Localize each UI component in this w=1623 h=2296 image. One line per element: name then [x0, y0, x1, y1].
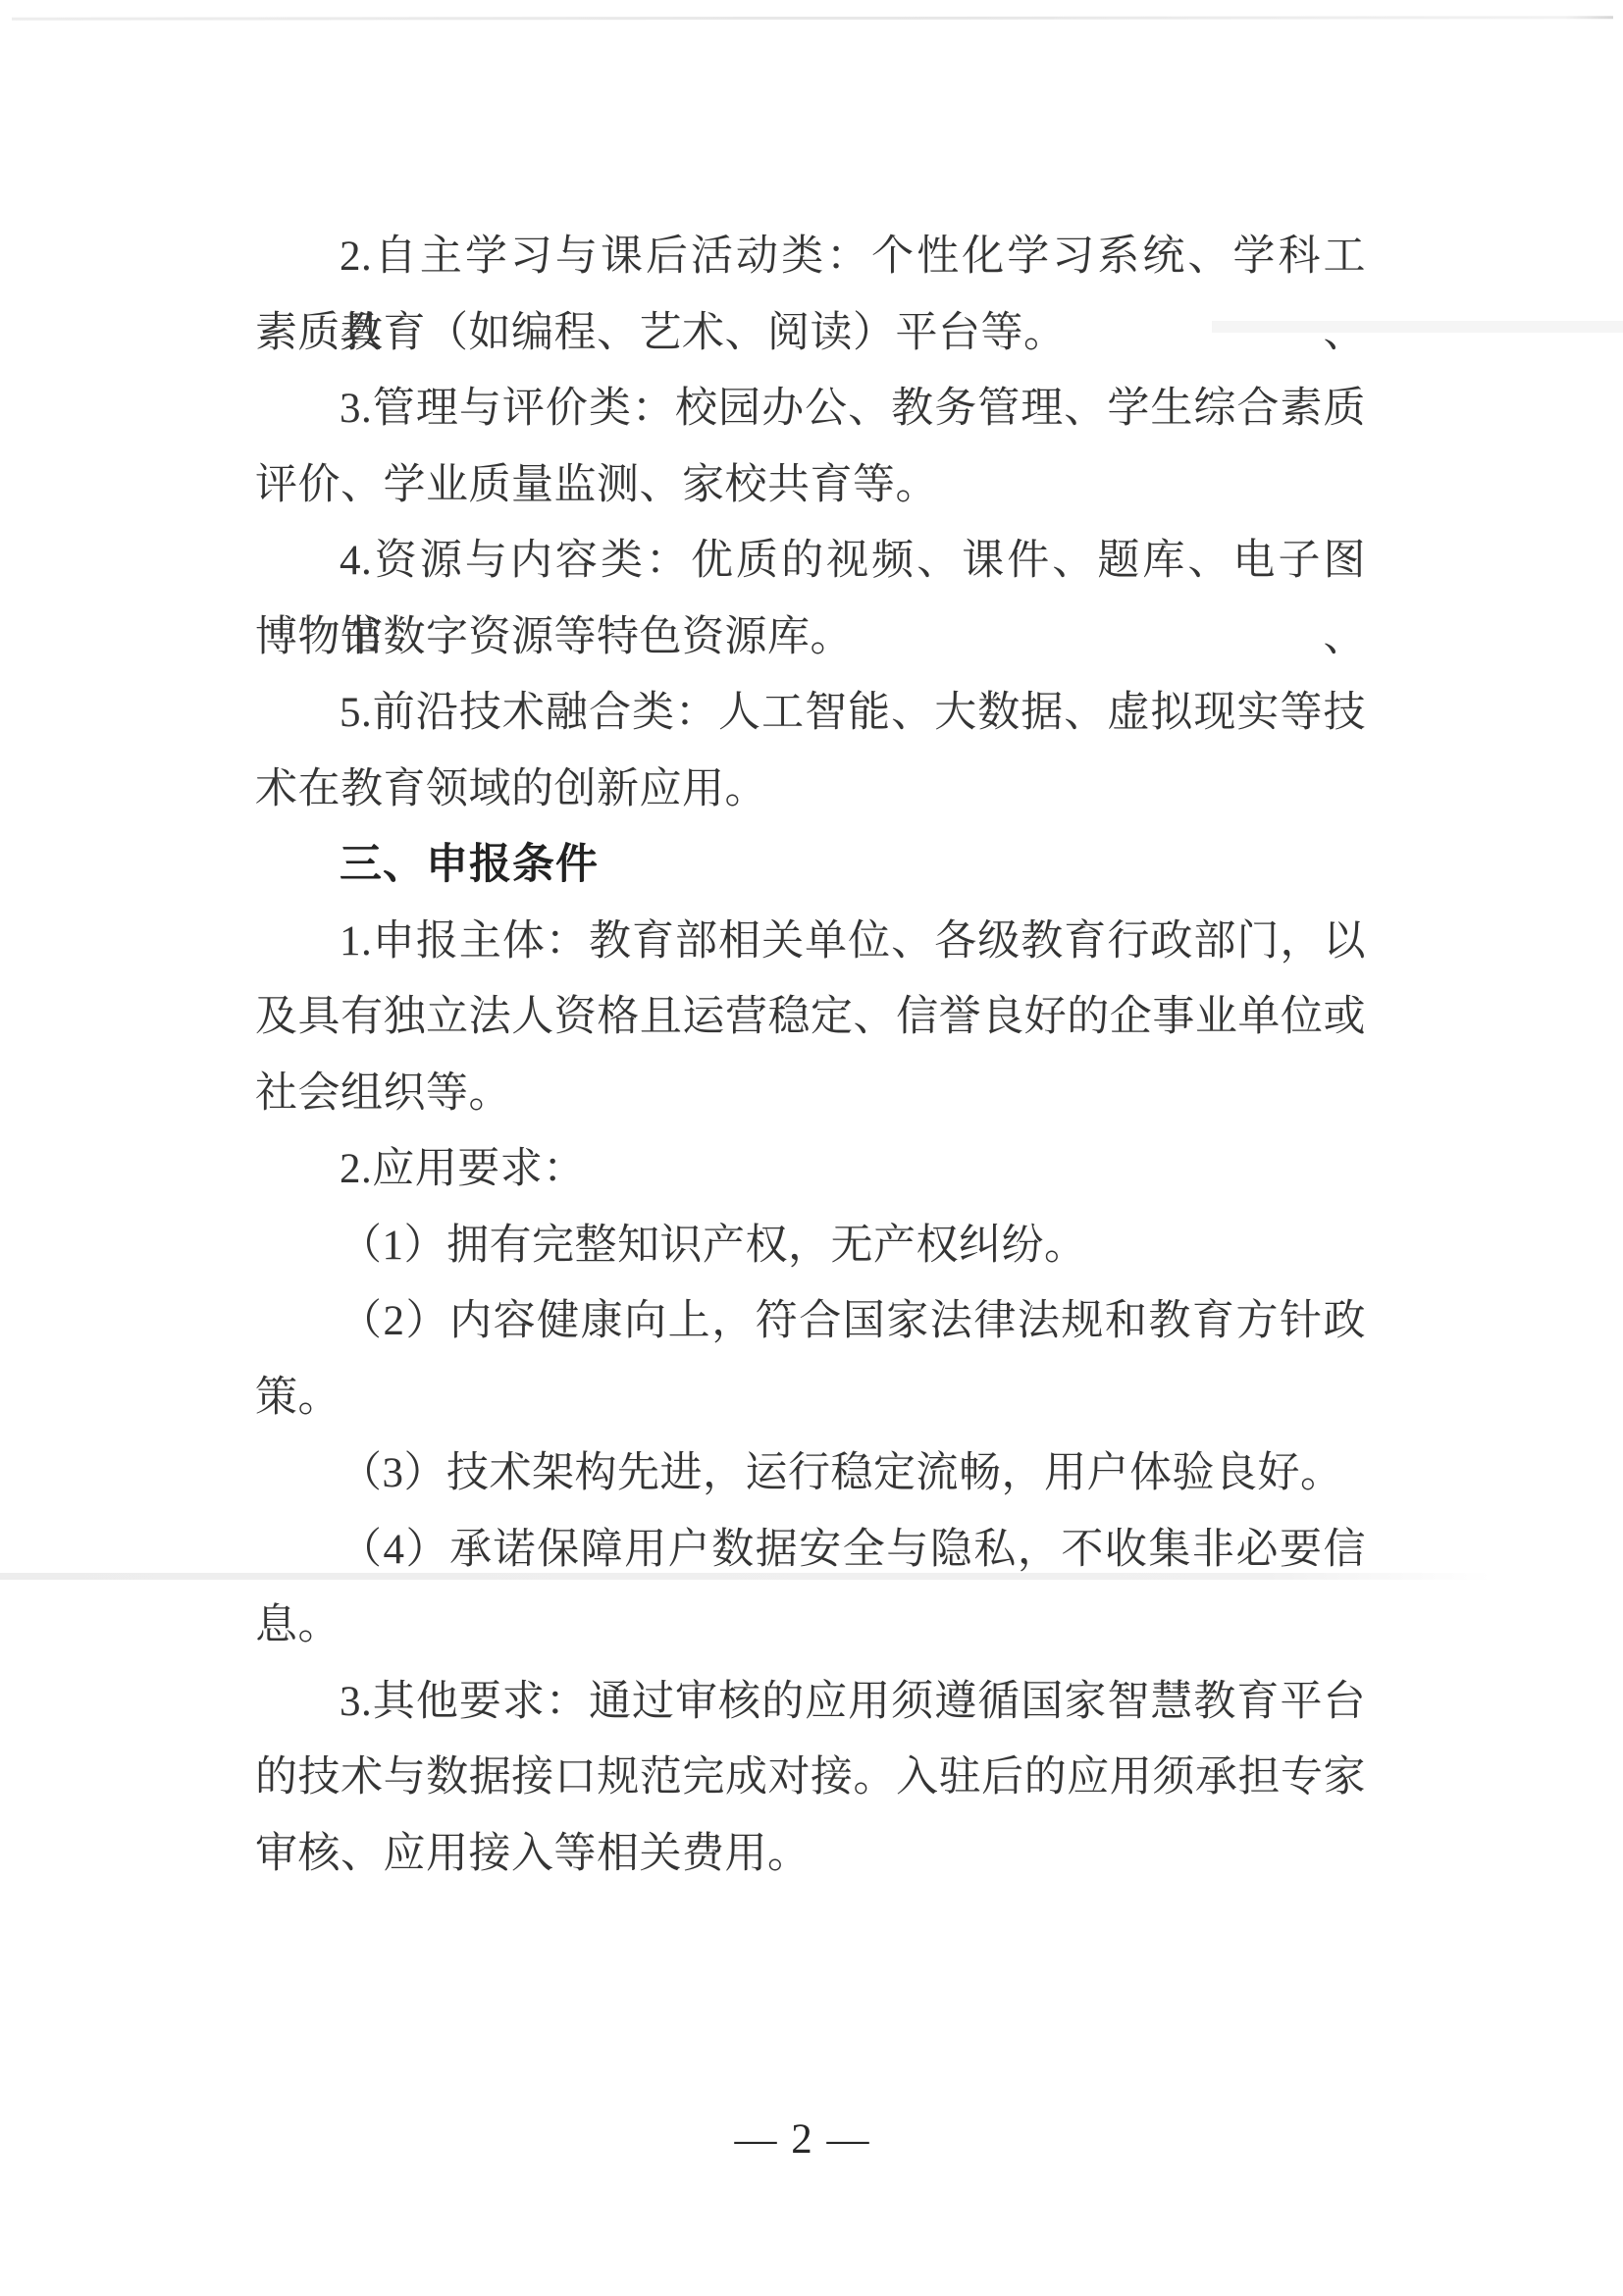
text-line: 术在教育领域的创新应用。: [255, 752, 1366, 828]
text-line: 3.管理与评价类：校园办公、教务管理、学生综合素质: [255, 371, 1366, 447]
text-line: 2.应用要求：: [255, 1131, 1366, 1208]
text-line: 的技术与数据接口规范完成对接。入驻后的应用须承担专家: [255, 1740, 1366, 1816]
text-line: （1）拥有完整知识产权，无产权纠纷。: [255, 1208, 1366, 1284]
page: 2.自主学习与课后活动类：个性化学习系统、学科工具、素质教育（如编程、艺术、阅读…: [0, 0, 1623, 2296]
text-line: 息。: [255, 1588, 1366, 1664]
text-line: 策。: [255, 1360, 1366, 1436]
text-line: 2.自主学习与课后活动类：个性化学习系统、学科工具、: [255, 219, 1366, 295]
scan-artifact-top-line: [12, 16, 1613, 20]
text-line: 审核、应用接入等相关费用。: [255, 1816, 1366, 1893]
section-heading: 三、申报条件: [255, 827, 1366, 904]
text-line: 3.其他要求：通过审核的应用须遵循国家智慧教育平台: [255, 1664, 1366, 1741]
text-line: 5.前沿技术融合类：人工智能、大数据、虚拟现实等技: [255, 675, 1366, 752]
text-line: 1.申报主体：教育部相关单位、各级教育行政部门，以: [255, 904, 1366, 980]
text-line: （2）内容健康向上，符合国家法律法规和教育方针政: [255, 1283, 1366, 1360]
text-line: 4.资源与内容类：优质的视频、课件、题库、电子图书、: [255, 523, 1366, 600]
page-number: — 2 —: [0, 2115, 1614, 2164]
text-line: 及具有独立法人资格且运营稳定、信誉良好的企事业单位或: [255, 979, 1366, 1056]
text-line: 评价、学业质量监测、家校共育等。: [255, 447, 1366, 524]
text-line: （3）技术架构先进，运行稳定流畅，用户体验良好。: [255, 1435, 1366, 1512]
text-line: 社会组织等。: [255, 1056, 1366, 1132]
text-line: （4）承诺保障用户数据安全与隐私，不收集非必要信: [255, 1512, 1366, 1589]
document-body: 2.自主学习与课后活动类：个性化学习系统、学科工具、素质教育（如编程、艺术、阅读…: [255, 219, 1366, 1892]
